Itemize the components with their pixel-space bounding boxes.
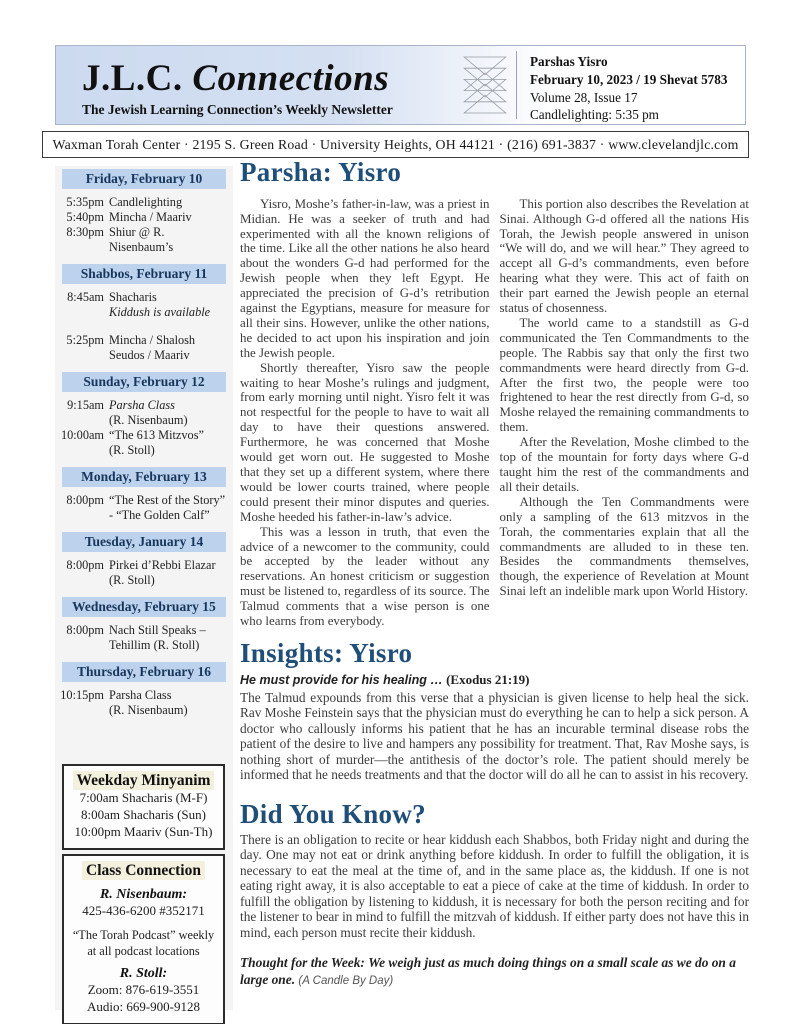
stoll-name: R. Stoll: [67,966,220,982]
schedule-item-line: 9:15amParsha Class [55,398,233,413]
insights-subhead: He must provide for his healing … (Exodu… [240,672,749,688]
schedule-item-line: 5:35pmCandlelighting [55,195,233,210]
insights-body: The Talmud expounds from this verse that… [240,690,749,783]
schedule-item-time: 10:15pm [55,688,109,703]
schedule-item-time [55,508,109,523]
schedule-item-time [55,573,109,588]
newsletter-masthead: J.L.C. Connections The Jewish Learning C… [55,45,746,125]
schedule-day-header: Wednesday, February 15 [62,597,226,617]
schedule-item-line: 8:00pm“The Rest of the Story” [55,493,233,508]
main-content: Parsha: Yisro Yisro, Moshe’s father-in-l… [240,158,749,988]
schedule-item-text: Kiddush is available [109,305,231,320]
stoll-zoom: Zoom: 876-619-3551 [67,982,220,999]
schedule-item-time [55,443,109,458]
schedule-day-header: Tuesday, January 14 [62,532,226,552]
schedule-item-line: 8:00pmPirkei d’Rebbi Elazar [55,558,233,573]
schedule-item-line: 8:45amShacharis [55,290,233,305]
newsletter-title: J.L.C. Connections [82,60,454,97]
star-lattice-icon [461,48,509,122]
schedule-item-text: Shacharis [109,290,231,305]
parsha-paragraph: Although the Ten Commandments were only … [500,495,750,599]
schedule-item-line: 5:40pmMincha / Maariv [55,210,233,225]
schedule-day-header: Monday, February 13 [62,467,226,487]
thought-label: Thought for the Week: [240,955,365,970]
schedule-day: Monday, February 138:00pm“The Rest of th… [55,467,233,523]
did-you-know-body: There is an obligation to recite or hear… [240,832,749,941]
class-connection-box: Class Connection R. Nisenbaum: 425-436-6… [62,854,225,1024]
schedule-item-time: 5:35pm [55,195,109,210]
schedule-day-header: Friday, February 10 [62,169,226,189]
schedule-item-time [55,305,109,320]
schedule-item-text: Mincha / Maariv [109,210,231,225]
schedule-day: Tuesday, January 148:00pmPirkei d’Rebbi … [55,532,233,588]
schedule-item-line: 10:00am“The 613 Mitzvos” [55,428,233,443]
schedule-item-text: Pirkei d’Rebbi Elazar [109,558,231,573]
schedule-item-time: 8:00pm [55,623,109,638]
parsha-article: Yisro, Moshe’s father-in-law, was a prie… [240,197,749,629]
schedule-item-text: Mincha / Shalosh Seudos / Maariv [109,333,231,363]
issue-parsha: Parshas Yisro [530,53,727,71]
schedule-item-time: 8:45am [55,290,109,305]
did-you-know-section: Did You Know? There is an obligation to … [240,800,749,941]
weekday-minyanim-box: Weekday Minyanim 7:00am Shacharis (M-F) … [62,764,225,850]
schedule-item-time [55,413,109,428]
schedule-item-time [55,638,109,653]
address-bar: Waxman Torah Center · 2195 S. Green Road… [42,131,749,158]
newsletter-title-main: J.L.C. [82,58,183,99]
newsletter-title-italic: Connections [192,58,389,99]
schedule-item-text: Candlelighting [109,195,231,210]
nisenbaum-name: R. Nisenbaum: [67,887,220,903]
parsha-paragraph: Yisro, Moshe’s father-in-law, was a prie… [240,197,490,361]
star-lattice-logo [454,46,516,124]
schedule-item-time: 8:00pm [55,493,109,508]
schedule-item-time: 8:00pm [55,558,109,573]
schedule-item-text: (R. Stoll) [109,573,231,588]
issue-info-block: Parshas Yisro February 10, 2023 / 19 She… [517,46,727,124]
schedule-item-text: Parsha Class [109,398,231,413]
parsha-paragraph: This was a lesson in truth, that even th… [240,525,490,629]
schedule-item-text: “The Rest of the Story” [109,493,231,508]
schedule-item-text: - “The Golden Calf” [109,508,231,523]
schedule-item-text: Parsha Class [109,688,231,703]
schedule-item-line: (R. Nisenbaum) [55,413,233,428]
issue-date: February 10, 2023 / 19 Shevat 5783 [530,71,727,89]
schedule-day-header: Thursday, February 16 [62,662,226,682]
weekday-line: 7:00am Shacharis (M-F) [67,790,220,807]
schedule-item-line: Tehillim (R. Stoll) [55,638,233,653]
schedule-item-text: Shiur @ R. Nisenbaum’s [109,225,231,255]
schedule-day: Thursday, February 1610:15pmParsha Class… [55,662,233,718]
schedule-item-line: Kiddush is available [55,305,233,320]
thought-for-week: Thought for the Week: We weigh just as m… [240,955,749,988]
weekday-line: 10:00pm Maariv (Sun-Th) [67,824,220,841]
schedule-day-header: Sunday, February 12 [62,372,226,392]
masthead-title-block: J.L.C. Connections The Jewish Learning C… [56,46,454,124]
weekday-minyanim-heading: Weekday Minyanim [73,771,215,790]
insights-verse: He must provide for his healing … [240,673,443,687]
schedule-item-text: Tehillim (R. Stoll) [109,638,231,653]
schedule-item-time: 8:30pm [55,225,109,255]
schedule-item-text: (R. Stoll) [109,443,231,458]
schedule-day: Wednesday, February 158:00pmNach Still S… [55,597,233,653]
stoll-audio: Audio: 669-900-9128 [67,999,220,1016]
schedule-item-text: “The 613 Mitzvos” [109,428,231,443]
schedule-day: Friday, February 105:35pmCandlelighting5… [55,169,233,255]
schedule-item-line: (R. Stoll) [55,573,233,588]
parsha-paragraph: The world came to a standstill as G-d co… [500,316,750,435]
schedule-item-time: 5:25pm [55,333,109,363]
schedule-item-line: 5:25pmMincha / Shalosh Seudos / Maariv [55,333,233,363]
schedule-item-line: 8:30pmShiur @ R. Nisenbaum’s [55,225,233,255]
class-connection-heading: Class Connection [82,861,205,880]
sidebar: Friday, February 105:35pmCandlelighting5… [55,166,233,1010]
did-you-know-heading: Did You Know? [240,800,749,830]
schedule-item-time [55,703,109,718]
schedule-item-line: (R. Nisenbaum) [55,703,233,718]
insights-heading: Insights: Yisro [240,639,749,669]
issue-candlelighting: Candlelighting: 5:35 pm [530,106,727,124]
thought-source: (A Candle By Day) [298,975,393,987]
podcast-line-2: at all podcast locations [67,944,220,959]
schedule-item-line: (R. Stoll) [55,443,233,458]
schedule-item-time: 5:40pm [55,210,109,225]
weekday-line: 8:00am Shacharis (Sun) [67,807,220,824]
schedule-item-time: 9:15am [55,398,109,413]
parsha-paragraph: Shortly thereafter, Yisro saw the people… [240,361,490,525]
newsletter-subtitle: The Jewish Learning Connection’s Weekly … [82,102,454,118]
schedule-item-time: 10:00am [55,428,109,443]
schedule-item-text: (R. Nisenbaum) [109,703,231,718]
schedule-day: Shabbos, February 118:45amShacharisKiddu… [55,264,233,363]
schedule-item-line: 8:00pmNach Still Speaks – [55,623,233,638]
schedule-day: Sunday, February 129:15amParsha Class(R.… [55,372,233,458]
podcast-line-1: “The Torah Podcast” weekly [67,928,220,943]
parsha-heading: Parsha: Yisro [240,158,749,188]
schedule-item-line: - “The Golden Calf” [55,508,233,523]
insights-section: Insights: Yisro He must provide for his … [240,639,749,783]
issue-volume: Volume 28, Issue 17 [530,89,727,107]
schedule-item-text: (R. Nisenbaum) [109,413,231,428]
schedule-list: Friday, February 105:35pmCandlelighting5… [55,166,233,718]
parsha-paragraph: After the Revelation, Moshe climbed to t… [500,435,750,495]
schedule-item-line: 10:15pmParsha Class [55,688,233,703]
schedule-item-text: Nach Still Speaks – [109,623,231,638]
nisenbaum-phone: 425-436-6200 #352171 [67,903,220,920]
insights-reference: (Exodus 21:19) [446,672,529,687]
schedule-day-header: Shabbos, February 11 [62,264,226,284]
parsha-paragraph: This portion also describes the Revelati… [500,197,750,316]
